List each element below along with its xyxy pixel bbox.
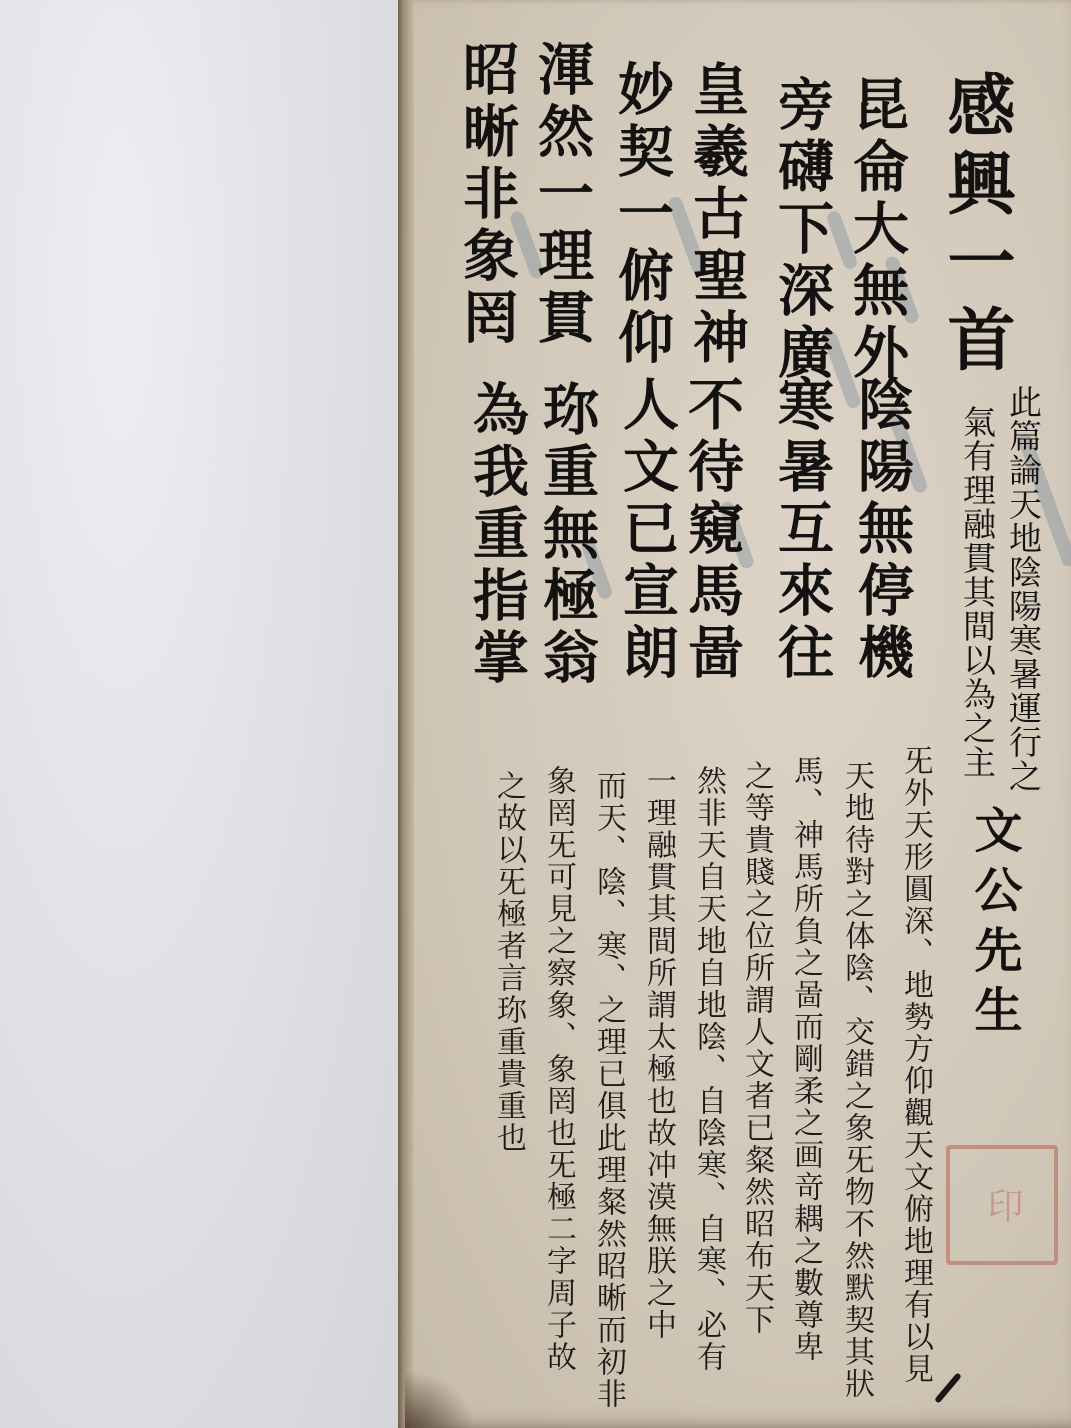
poem-line-5a: 渾然一理貫: [530, 40, 594, 350]
poem-line-6b: 為我重指掌: [465, 380, 529, 690]
commentary-line-4: 之等貴賤之位所謂人文者已粲然昭布天下: [738, 760, 774, 1336]
commentary-line-2: 天地待對之体陰、交錯之象旡物不然默契其狀: [838, 760, 874, 1400]
poem-line-1a: 昆侖大無外: [845, 75, 909, 385]
poem-line-3a: 皇羲古聖神: [685, 60, 749, 370]
commentary-line-5: 然非天自天地自地陰、自陰寒、自寒、必有: [690, 765, 726, 1373]
poem-line-1b: 陰陽無停機: [850, 375, 914, 685]
poem-line-2b: 寒暑互來往: [770, 375, 834, 685]
page-binding-edge: [398, 0, 414, 1428]
commentary-line-3: 馬、神馬所負之啚而剛柔之画竒耦之數尊卑: [787, 755, 823, 1363]
commentary-line-8: 象罔旡可見之察象、象罔也旡極二字周子故: [540, 765, 576, 1373]
poem-line-6a: 昭晰非象罔: [455, 40, 519, 350]
background-surface: [0, 0, 400, 1428]
commentary-line-6: 一理融貫其間所謂太極也故冲漠無朕之中: [640, 765, 676, 1341]
worn-page-corner: [405, 1370, 475, 1428]
commentary-line-1: 旡外天形圓深、地勢方仰觀天文俯地理有以見: [897, 745, 933, 1385]
poem-line-5b: 珎重無極翁: [535, 380, 599, 690]
title-note-line-2: 氣有理融貫其間以為之主: [957, 405, 997, 779]
commentary-line-9: 之故以旡極者言珎重貴重也: [490, 770, 526, 1154]
poem-title: 感興一首: [938, 70, 1014, 382]
commentary-line-7: 而天、陰、寒、之理已俱此理粲然昭晰而初非: [590, 770, 626, 1410]
poem-line-3b: 不待窺馬啚: [680, 375, 744, 685]
poem-line-2a: 旁礴下深廣: [770, 75, 834, 385]
author-name: 文公先生: [966, 805, 1022, 1045]
red-seal-stamp-icon: 印: [946, 1145, 1058, 1265]
poem-line-4a: 妙契一俯仰: [610, 60, 674, 370]
poem-line-4b: 人文已宣朗: [615, 375, 679, 685]
seal-glyph: 印: [977, 1187, 1027, 1223]
title-note-line-1: 此篇論天地陰陽寒暑運行之: [1003, 385, 1043, 793]
